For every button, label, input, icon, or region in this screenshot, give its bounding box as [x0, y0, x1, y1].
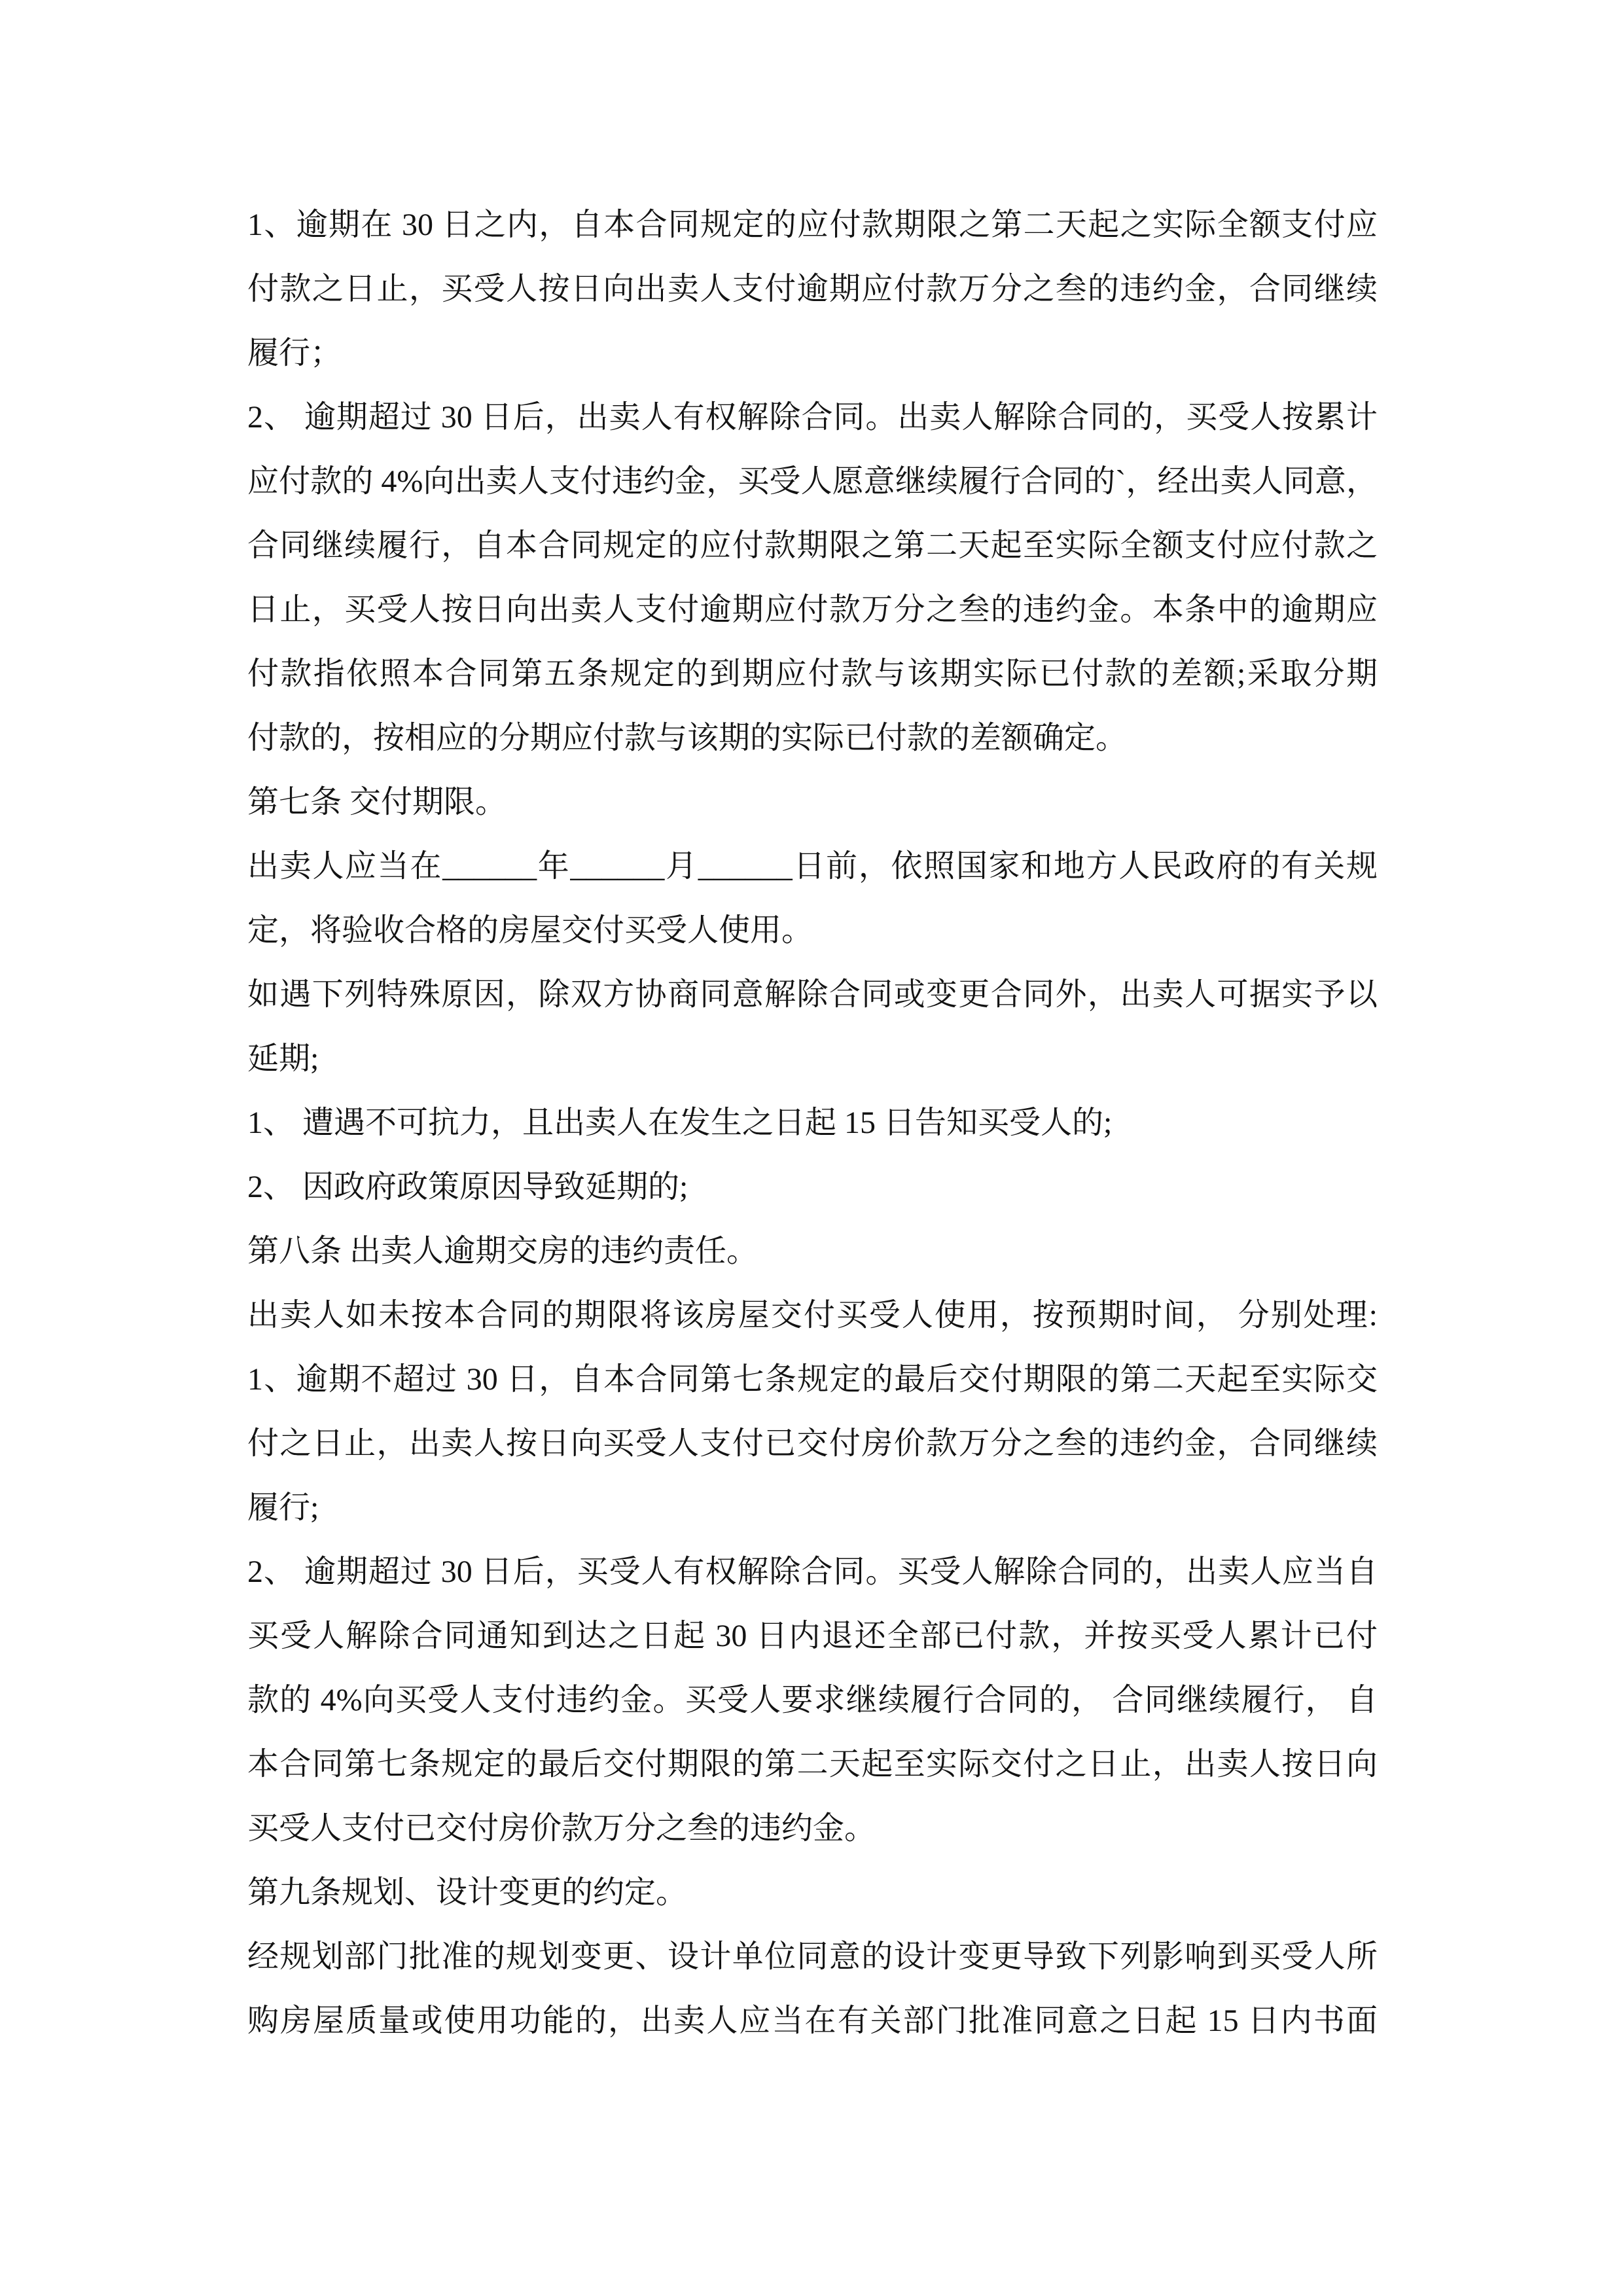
text-line: 1、逾期在 30 日之内，自本合同规定的应付款期限之第二天起之实际全额支付应 — [247, 193, 1378, 257]
text-line: 2、 逾期超过 30 日后，出卖人有权解除合同。出卖人解除合同的，买受人按累计 — [247, 386, 1378, 450]
text-line: 付之日止，出卖人按日向买受人支付已交付房价款万分之叁的违约金，合同继续 — [247, 1412, 1378, 1476]
text-line: 付款的，按相应的分期应付款与该期的实际已付款的差额确定。 — [247, 706, 1378, 770]
text-line: 付款之日止，买受人按日向出卖人支付逾期应付款万分之叁的违约金，合同继续 — [247, 257, 1378, 321]
section-heading-line: 第九条规划、设计变更的约定。 — [247, 1861, 1378, 1925]
text-line: 本合同第七条规定的最后交付期限的第二天起至实际交付之日止，出卖人按日向 — [247, 1732, 1378, 1797]
section-heading-line: 第八条 出卖人逾期交房的违约责任。 — [247, 1219, 1378, 1283]
text-line: 1、逾期不超过 30 日，自本合同第七条规定的最后交付期限的第二天起至实际交 — [247, 1348, 1378, 1412]
text-line: 日止，买受人按日向出卖人支付逾期应付款万分之叁的违约金。本条中的逾期应 — [247, 578, 1378, 642]
text-line: 履行； — [247, 321, 1378, 386]
text-line: 合同继续履行，自本合同规定的应付款期限之第二天起至实际全额支付应付款之 — [247, 514, 1378, 578]
text-line: 延期; — [247, 1027, 1378, 1091]
list-item-line: 2、 因政府政策原因导致延期的; — [247, 1155, 1378, 1219]
text-line: 购房屋质量或使用功能的，出卖人应当在有关部门批准同意之日起 15 日内书面 — [247, 1989, 1378, 2053]
text-line: 如遇下列特殊原因，除双方协商同意解除合同或变更合同外，出卖人可据实予以 — [247, 963, 1378, 1027]
contract-document-page: 1、逾期在 30 日之内，自本合同规定的应付款期限之第二天起之实际全额支付应 付… — [0, 0, 1623, 2296]
text-line-with-blanks: 出卖人应当在______年______月______日前，依照国家和地方人民政府… — [247, 834, 1378, 899]
text-line: 2、 逾期超过 30 日后，买受人有权解除合同。买受人解除合同的，出卖人应当自 — [247, 1540, 1378, 1604]
text-line: 应付款的 4%向出卖人支付违约金，买受人愿意继续履行合同的`，经出卖人同意， — [247, 450, 1378, 514]
section-heading-line: 第七条 交付期限。 — [247, 770, 1378, 834]
text-line: 出卖人如未按本合同的期限将该房屋交付买受人使用，按预期时间， 分别处理: — [247, 1283, 1378, 1348]
text-line: 履行; — [247, 1476, 1378, 1540]
text-line: 买受人解除合同通知到达之日起 30 日内退还全部已付款，并按买受人累计已付 — [247, 1604, 1378, 1668]
text-line: 款的 4%向买受人支付违约金。买受人要求继续履行合同的， 合同继续履行， 自 — [247, 1668, 1378, 1732]
text-line: 付款指依照本合同第五条规定的到期应付款与该期实际已付款的差额;采取分期 — [247, 642, 1378, 706]
text-line: 定，将验收合格的房屋交付买受人使用。 — [247, 899, 1378, 963]
list-item-line: 1、 遭遇不可抗力，且出卖人在发生之日起 15 日告知买受人的; — [247, 1091, 1378, 1155]
text-line: 经规划部门批准的规划变更、设计单位同意的设计变更导致下列影响到买受人所 — [247, 1925, 1378, 1989]
text-line: 买受人支付已交付房价款万分之叁的违约金。 — [247, 1797, 1378, 1861]
contract-text-block: 1、逾期在 30 日之内，自本合同规定的应付款期限之第二天起之实际全额支付应 付… — [247, 193, 1378, 2053]
